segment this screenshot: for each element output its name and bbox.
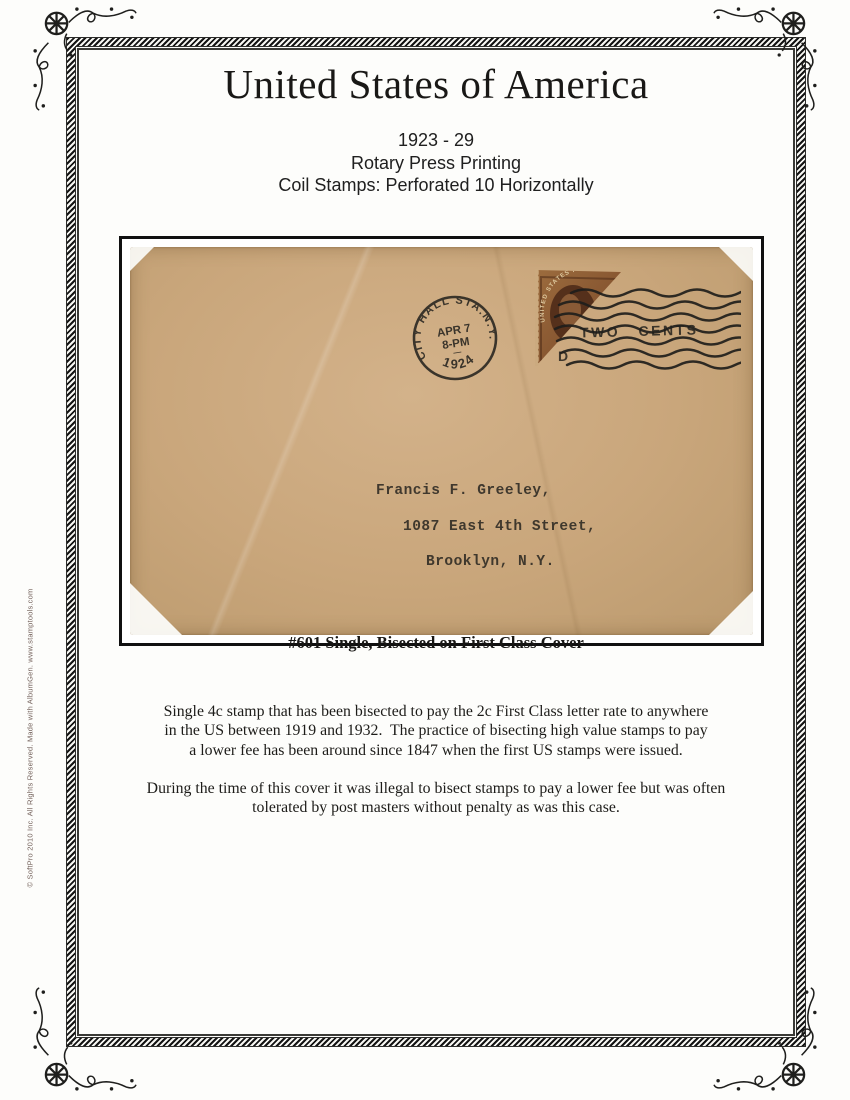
photo-corner-mount xyxy=(130,247,154,271)
corner-flourish-icon xyxy=(26,986,138,1098)
subtitle-line: Coil Stamps: Perforated 10 Horizontally xyxy=(78,174,794,197)
copyright-text: © SoftPro 2010 Inc. All Rights Reserved.… xyxy=(26,598,39,888)
address-line: 1087 East 4th Street, xyxy=(403,519,596,535)
envelope-image: UNITED STATES P CITY HALL STA.N.Y.4 APR … xyxy=(130,247,753,635)
page-title: United States of America xyxy=(78,60,794,108)
postmark-station-text: CITY HALL STA.N.Y.4 xyxy=(398,281,501,364)
subtitle-line: 1923 - 29 xyxy=(78,129,794,152)
address-line: Francis F. Greeley, xyxy=(376,483,551,499)
cancellation-wavy-lines xyxy=(545,287,741,372)
photo-corner-mount xyxy=(709,591,753,635)
page-subtitles: 1923 - 29 Rotary Press Printing Coil Sta… xyxy=(78,129,794,197)
photo-corner-mount xyxy=(719,247,753,281)
album-page: © SoftPro 2010 Inc. All Rights Reserved.… xyxy=(0,0,850,1100)
address-line: Brooklyn, N.Y. xyxy=(426,554,555,570)
paragraph-line: During the time of this cover it was ill… xyxy=(78,779,794,798)
description-paragraph: Single 4c stamp that has been bisected t… xyxy=(78,702,794,760)
subtitle-line: Rotary Press Printing xyxy=(78,152,794,175)
photo-corner-mount xyxy=(130,583,182,635)
photo-frame: UNITED STATES P CITY HALL STA.N.Y.4 APR … xyxy=(119,236,764,646)
photo-caption: #601 Single, Bisected on First Class Cov… xyxy=(78,633,794,653)
postmark-stamp: CITY HALL STA.N.Y.4 APR 7 8-PM — 1924 xyxy=(398,281,512,395)
paragraph-line: a lower fee has been around since 1847 w… xyxy=(78,741,794,760)
description-paragraph: During the time of this cover it was ill… xyxy=(78,779,794,818)
paragraph-line: Single 4c stamp that has been bisected t… xyxy=(78,702,794,721)
corner-flourish-icon xyxy=(712,986,824,1098)
paragraph-line: tolerated by post masters without penalt… xyxy=(78,798,794,817)
paragraph-line: in the US between 1919 and 1932. The pra… xyxy=(78,721,794,740)
